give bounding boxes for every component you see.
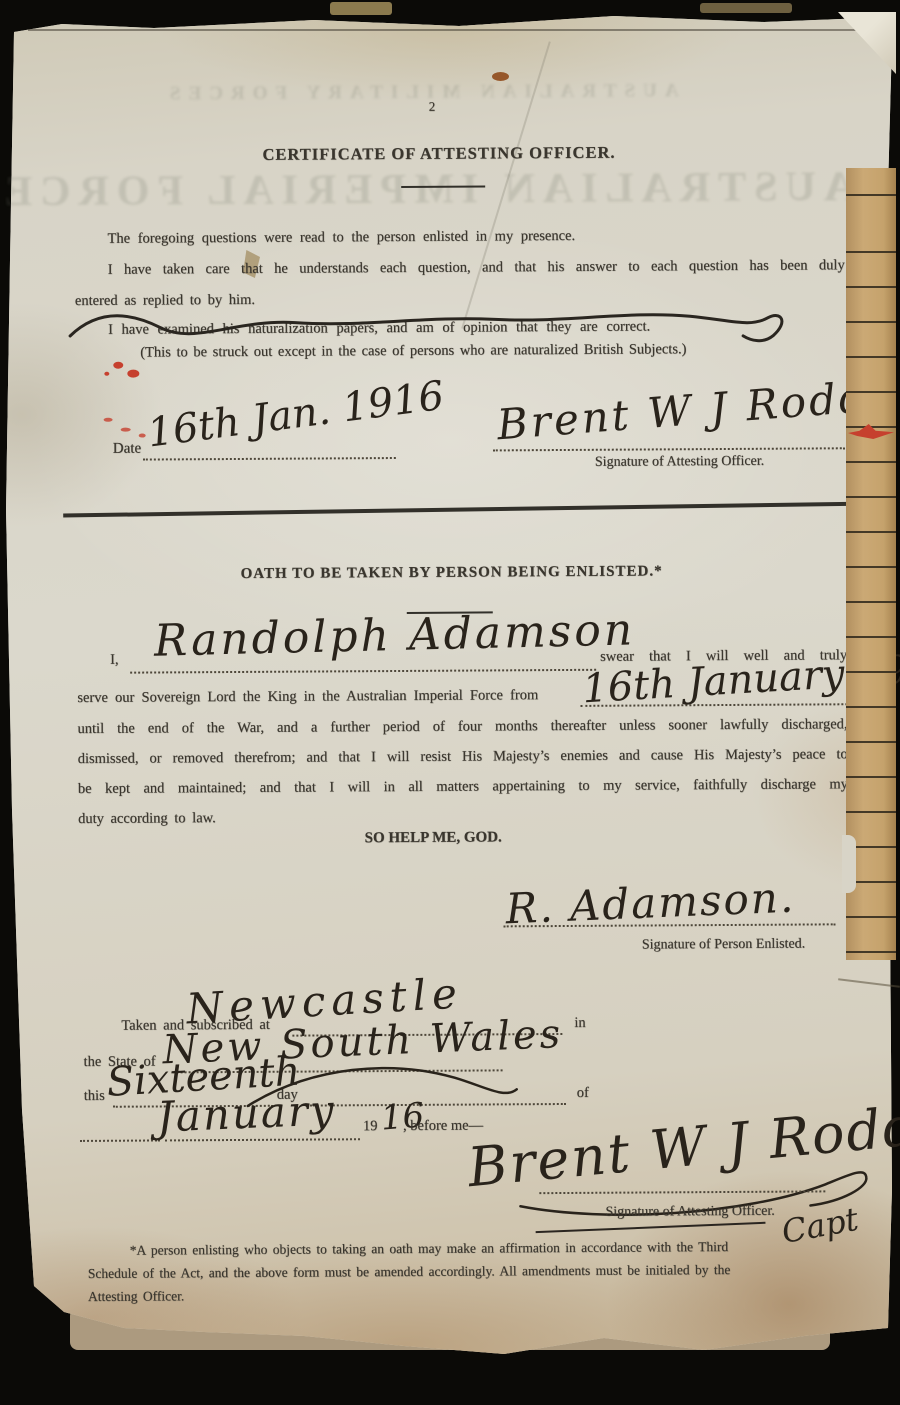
person-enlisted-signature-label: Signature of Person Enlisted. — [642, 937, 805, 954]
oath-heading: OATH TO BE TAKEN BY PERSON BEING ENLISTE… — [232, 563, 672, 583]
oath-pre-name: I, — [110, 652, 119, 669]
attesting-officer-signature-label-top: Signature of Attesting Officer. — [595, 454, 764, 471]
ghost-text-small: AUSTRALIAN MILITARY FORCES — [119, 80, 679, 105]
footnote-line1: *A person enlisting who objects to takin… — [130, 1239, 729, 1259]
attestation-line1-post: in — [574, 1015, 585, 1032]
certificate-title: CERTIFICATE OF ATTESTING OFFICER. — [239, 143, 639, 165]
attesting-officer-signature-top: Brent W J Rodd — [496, 376, 871, 446]
year-printed: 19 — [363, 1118, 378, 1135]
oath-line6: duty according to law. — [78, 810, 216, 828]
printed-form-content: AUSTRALIAN MILITARY FORCES AUSTRALIAN IM… — [0, 0, 900, 1405]
enlistee-name-handwriting: Randolph Adamson — [153, 608, 635, 663]
scanned-attestation-document: AUSTRALIAN MILITARY FORCES AUSTRALIAN IM… — [0, 0, 900, 1405]
footnote-line2: Schedule of the Act, and the above form … — [88, 1262, 731, 1282]
attestation-line3-post: of — [577, 1085, 589, 1102]
attesting-officer-signature-label-bottom: Signature of Attesting Officer. — [605, 1204, 774, 1221]
red-ink-mark — [113, 362, 123, 369]
ghost-text-large: AUSTRALIAN IMPERIAL FORCE — [54, 163, 854, 216]
name-dotted-line — [130, 669, 596, 674]
attestation-line4-post: , before me— — [403, 1117, 483, 1134]
red-ink-mark — [121, 428, 131, 432]
date-dotted-line — [143, 457, 396, 461]
oath-line5: be kept and maintained; and that I will … — [78, 776, 848, 798]
certificate-para1: The foregoing questions were read to the… — [107, 228, 575, 248]
date-handwriting: 16th Jan. 1916 — [145, 376, 446, 454]
attestation-line3-pre: this — [84, 1088, 105, 1105]
red-ink-mark — [104, 372, 109, 376]
footnote-line3: Attesting Officer. — [88, 1288, 184, 1305]
section-separator-rule — [63, 502, 857, 518]
red-ink-mark — [139, 434, 146, 438]
oath-line3: until the end of the War, and a further … — [77, 716, 847, 738]
certificate-para2-line2: entered as replied to by him. — [75, 292, 255, 310]
person-enlisted-signature: R. Adamson. — [505, 877, 796, 931]
red-ink-mark — [104, 418, 113, 422]
signature-dotted-line — [493, 447, 845, 451]
date-label: Date — [113, 441, 141, 458]
page-number: 2 — [429, 99, 436, 115]
month-dotted-line-right — [165, 1138, 360, 1141]
month-dotted-line-left — [80, 1139, 160, 1141]
torn-notch — [842, 835, 856, 893]
oath-invocation: SO HELP ME, GOD. — [313, 829, 553, 847]
red-ink-mark — [127, 370, 139, 378]
certificate-para4: (This to be struck out except in the cas… — [140, 341, 686, 361]
certificate-para2-line1: I have taken care that he understands ea… — [108, 257, 845, 279]
month-handwriting: January — [156, 1089, 336, 1138]
oath-line4: dismissed, or removed therefrom; and tha… — [78, 746, 848, 768]
oath-line2: serve our Sovereign Lord the King in the… — [77, 687, 538, 707]
